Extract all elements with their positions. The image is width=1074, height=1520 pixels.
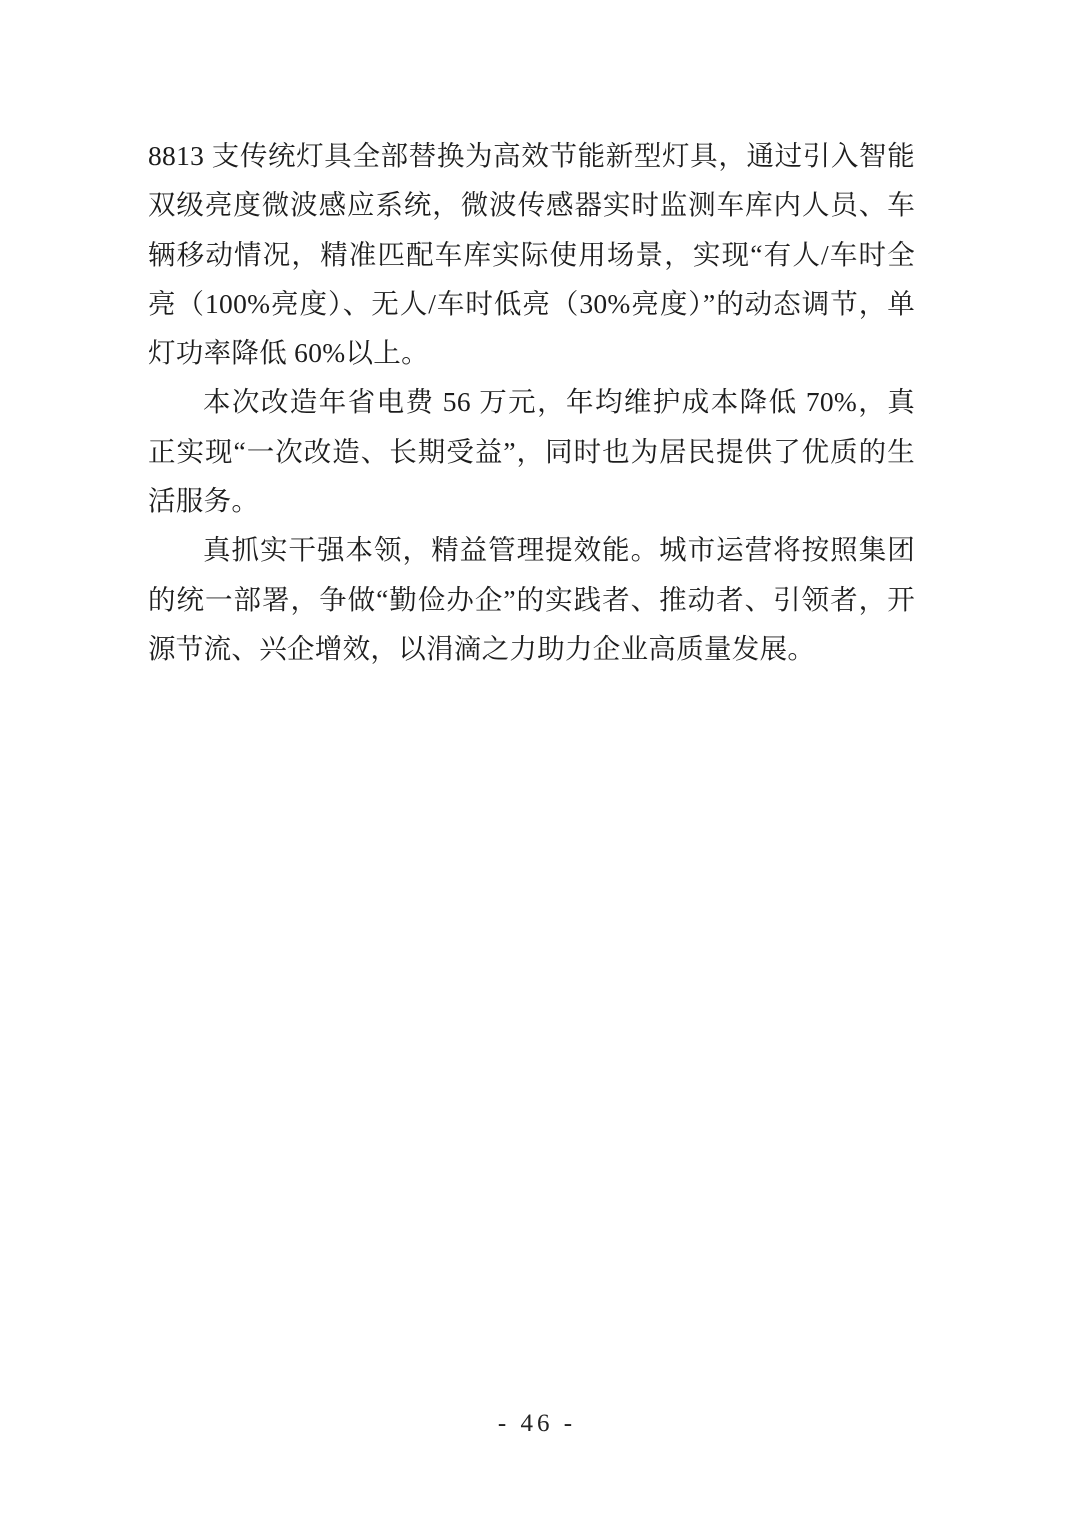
paragraph-2: 本次改造年省电费 56 万元，年均维护成本降低 70%，真正实现“一次改造、长期… bbox=[148, 377, 915, 525]
paragraph-1: 8813 支传统灯具全部替换为高效节能新型灯具，通过引入智能双级亮度微波感应系统… bbox=[148, 131, 915, 377]
paragraph-3: 真抓实干强本领，精益管理提效能。城市运营将按照集团的统一部署，争做“勤俭办企”的… bbox=[148, 525, 915, 673]
page-number: - 46 - bbox=[0, 1408, 1074, 1440]
document-page: 8813 支传统灯具全部替换为高效节能新型灯具，通过引入智能双级亮度微波感应系统… bbox=[0, 0, 1074, 1520]
document-body: 8813 支传统灯具全部替换为高效节能新型灯具，通过引入智能双级亮度微波感应系统… bbox=[148, 131, 915, 673]
